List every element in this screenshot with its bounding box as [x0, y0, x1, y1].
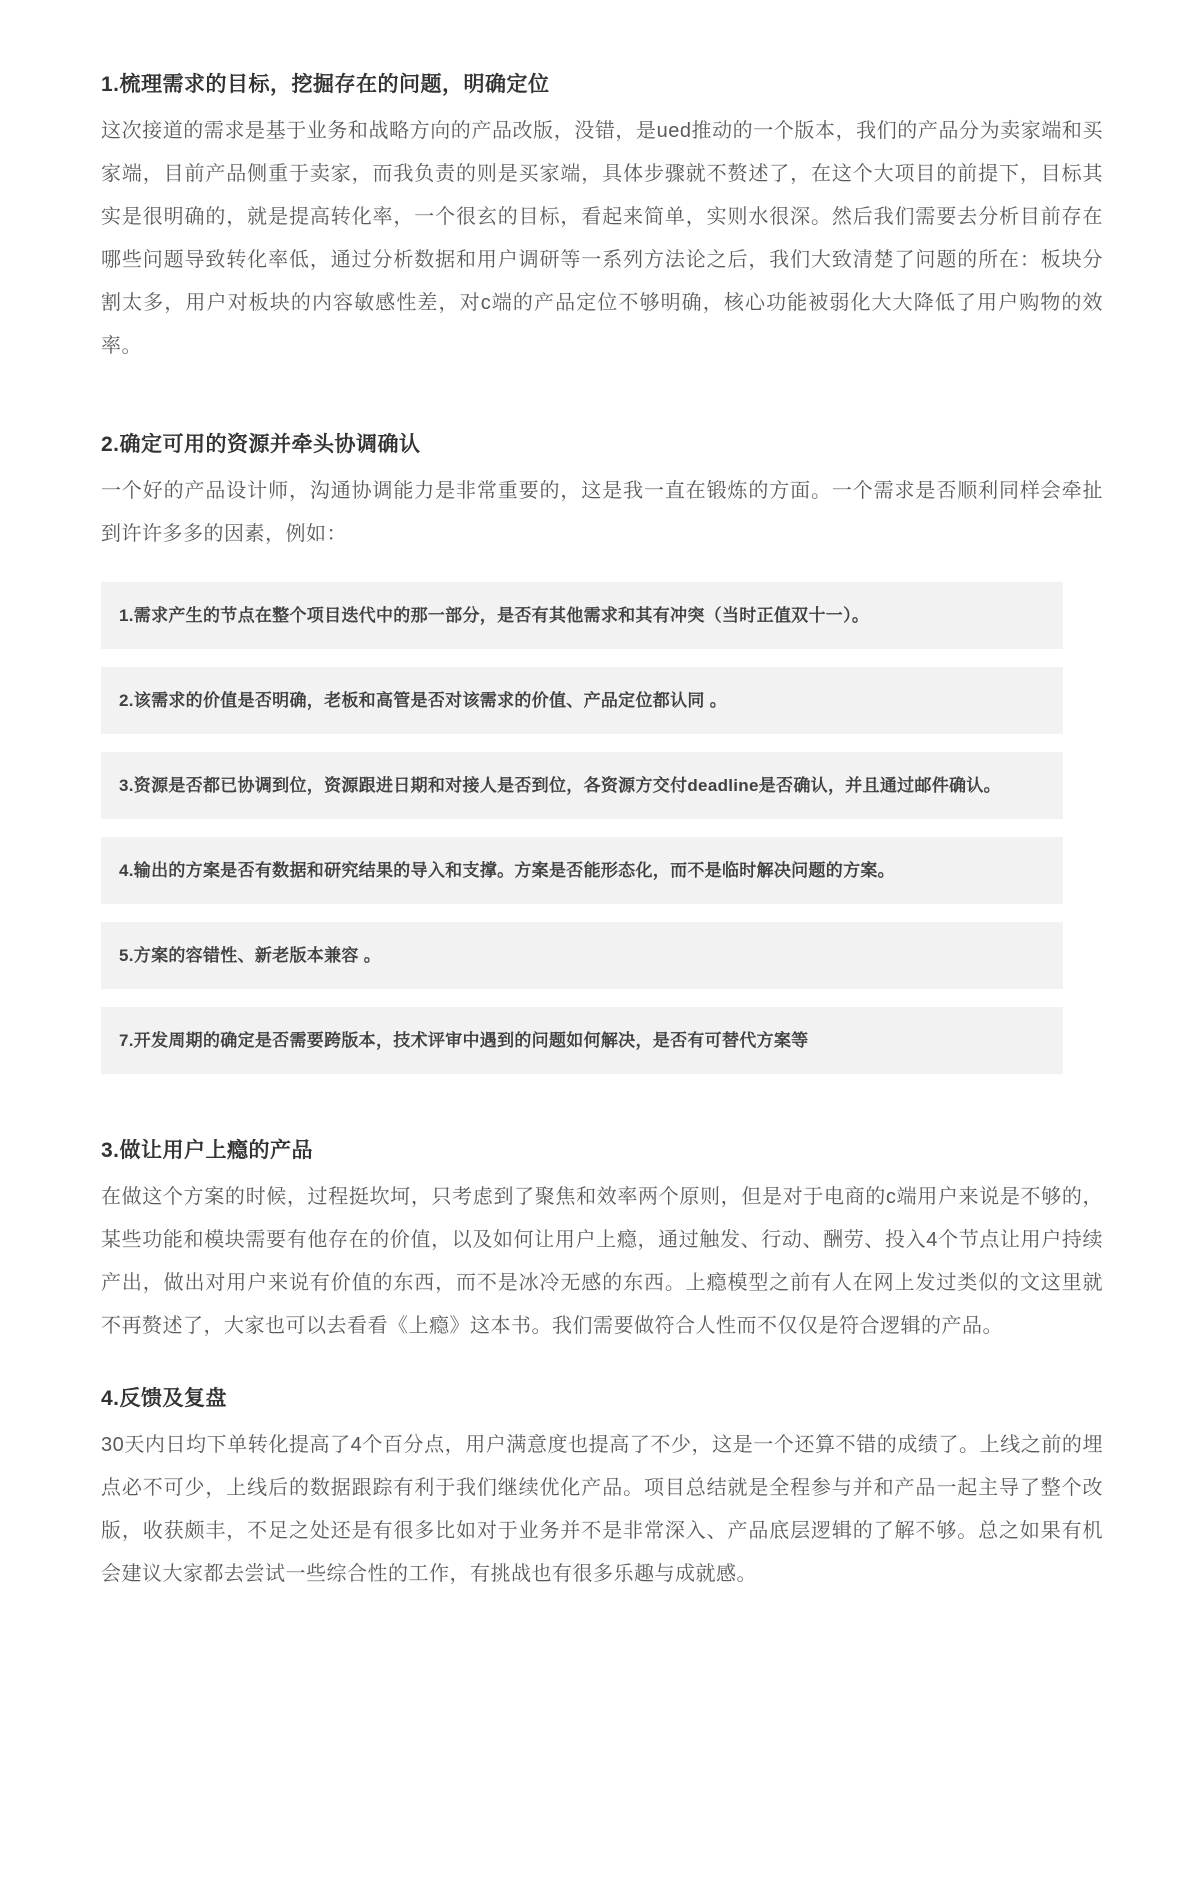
checklist-item-1: 1.需求产生的节点在整个项目迭代中的那一部分，是否有其他需求和其有冲突（当时正值…	[101, 582, 1063, 649]
checklist-item-7: 7.开发周期的确定是否需要跨版本，技术评审中遇到的问题如何解决，是否有可替代方案…	[101, 1007, 1063, 1074]
section-4-heading: 4.反馈及复盘	[101, 1384, 1103, 1414]
section-2-paragraph: 一个好的产品设计师，沟通协调能力是非常重要的，这是我一直在锻炼的方面。一个需求是…	[101, 470, 1103, 556]
checklist-item-5: 5.方案的容错性、新老版本兼容 。	[101, 922, 1063, 989]
section-3-paragraph: 在做这个方案的时候，过程挺坎坷，只考虑到了聚焦和效率两个原则，但是对于电商的c端…	[101, 1176, 1103, 1348]
checklist-item-3: 3.资源是否都已协调到位，资源跟进日期和对接人是否到位，各资源方交付deadli…	[101, 752, 1063, 819]
section-feedback-review: 4.反馈及复盘 30天内日均下单转化提高了4个百分点，用户满意度也提高了不少，这…	[101, 1384, 1103, 1596]
section-4-paragraph: 30天内日均下单转化提高了4个百分点，用户满意度也提高了不少，这是一个还算不错的…	[101, 1424, 1103, 1596]
section-resources-coordination: 2.确定可用的资源并牵头协调确认 一个好的产品设计师，沟通协调能力是非常重要的，…	[101, 430, 1103, 1074]
section-3-heading: 3.做让用户上瘾的产品	[101, 1136, 1103, 1166]
section-1-paragraph: 这次接道的需求是基于业务和战略方向的产品改版，没错，是ued推动的一个版本，我们…	[101, 110, 1103, 368]
checklist: 1.需求产生的节点在整个项目迭代中的那一部分，是否有其他需求和其有冲突（当时正值…	[101, 582, 1063, 1074]
article-body: 1.梳理需求的目标，挖掘存在的问题，明确定位 这次接道的需求是基于业务和战略方向…	[101, 0, 1103, 1766]
section-requirements-goal: 1.梳理需求的目标，挖掘存在的问题，明确定位 这次接道的需求是基于业务和战略方向…	[101, 70, 1103, 368]
checklist-item-4: 4.输出的方案是否有数据和研究结果的导入和支撑。方案是否能形态化，而不是临时解决…	[101, 837, 1063, 904]
section-addictive-product: 3.做让用户上瘾的产品 在做这个方案的时候，过程挺坎坷，只考虑到了聚焦和效率两个…	[101, 1136, 1103, 1348]
section-1-heading: 1.梳理需求的目标，挖掘存在的问题，明确定位	[101, 70, 1103, 100]
section-2-heading: 2.确定可用的资源并牵头协调确认	[101, 430, 1103, 460]
checklist-item-2: 2.该需求的价值是否明确，老板和高管是否对该需求的价值、产品定位都认同 。	[101, 667, 1063, 734]
